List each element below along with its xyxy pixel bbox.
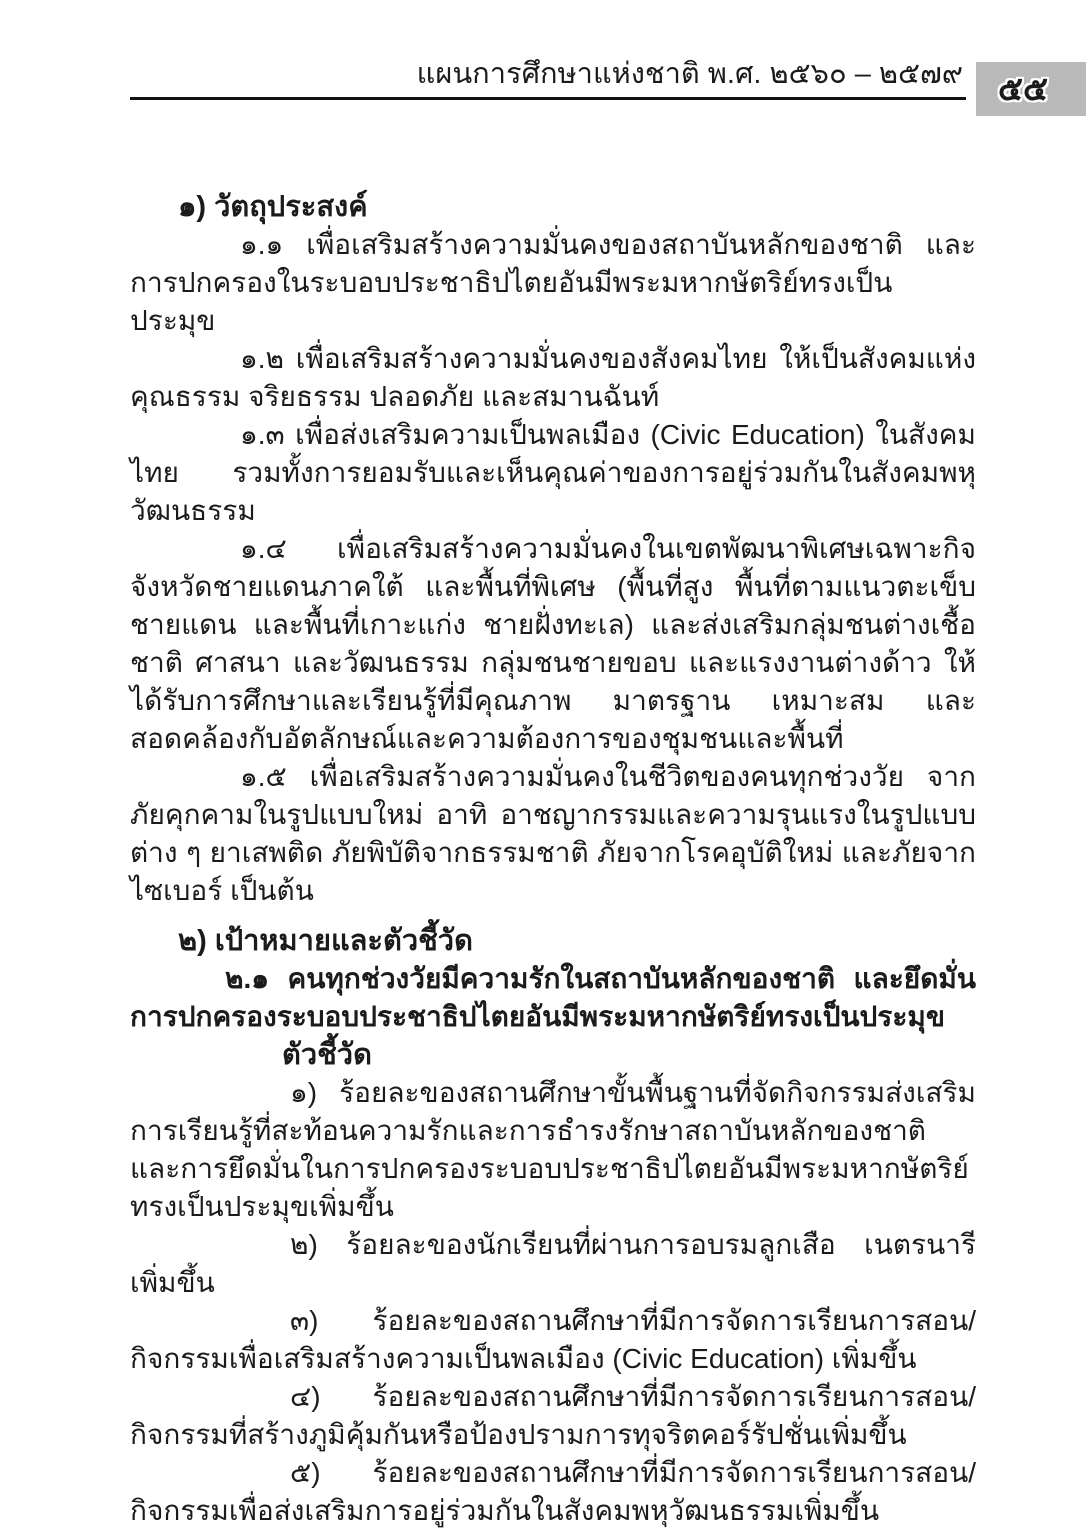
document-page: แผนการศึกษาแห่งชาติ พ.ศ. ๒๕๖๐ – ๒๕๗๙ ๕๕ … xyxy=(0,0,1088,1538)
objective-item-5: ๑.๕ เพื่อเสริมสร้างความมั่นคงในชีวิตของค… xyxy=(130,758,976,910)
objective-item-4: ๑.๔ เพื่อเสริมสร้างความมั่นคงในเขตพัฒนาพ… xyxy=(130,530,976,758)
goal-item: ๒.๑ คนทุกช่วงวัยมีความรักในสถาบันหลักของ… xyxy=(130,960,976,1036)
indicator-item-2: ๒) ร้อยละของนักเรียนที่ผ่านการอบรมลูกเสื… xyxy=(130,1226,976,1302)
document-header-title: แผนการศึกษาแห่งชาติ พ.ศ. ๒๕๖๐ – ๒๕๗๙ xyxy=(417,56,963,92)
page-number: ๕๕ xyxy=(976,62,1086,116)
objective-item-3: ๑.๓ เพื่อส่งเสริมความเป็นพลเมือง (Civic … xyxy=(130,416,976,530)
document-body: ๑) วัตถุประสงค์ ๑.๑ เพื่อเสริมสร้างความม… xyxy=(130,188,976,1530)
page-number-badge: ๕๕ xyxy=(976,62,1086,116)
indicator-item-5: ๕) ร้อยละของสถานศึกษาที่มีการจัดการเรียน… xyxy=(130,1454,976,1530)
objective-item-2: ๑.๒ เพื่อเสริมสร้างความมั่นคงของสังคมไทย… xyxy=(130,340,976,416)
section-goals-heading: ๒) เป้าหมายและตัวชี้วัด xyxy=(130,922,976,960)
section-objectives-heading: ๑) วัตถุประสงค์ xyxy=(130,188,976,226)
indicator-item-4: ๔) ร้อยละของสถานศึกษาที่มีการจัดการเรียน… xyxy=(130,1378,976,1454)
indicator-item-3: ๓) ร้อยละของสถานศึกษาที่มีการจัดการเรียน… xyxy=(130,1302,976,1378)
indicator-item-1: ๑) ร้อยละของสถานศึกษาขั้นพื้นฐานที่จัดกิ… xyxy=(130,1074,976,1226)
header-rule xyxy=(130,97,966,100)
indicators-heading: ตัวชี้วัด xyxy=(130,1036,976,1074)
objective-item-1: ๑.๑ เพื่อเสริมสร้างความมั่นคงของสถาบันหล… xyxy=(130,226,976,340)
